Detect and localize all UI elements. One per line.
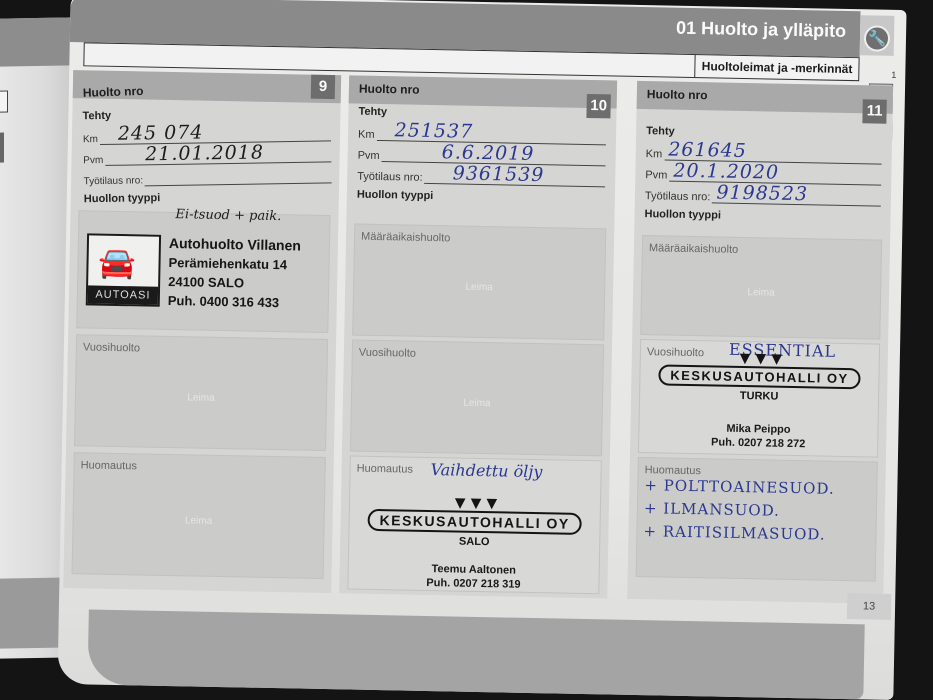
work-order-line: 9361539	[425, 168, 606, 187]
remark-lines: + POLTTOAINESUOD. + ILMANSUOD. + RAITISI…	[643, 474, 835, 547]
work-order-value: 9361539	[453, 162, 545, 186]
scheduled-service-slot: Ei-tsuod + paik. 🚘 AUTOASI Autohuolto Vi…	[76, 210, 330, 333]
remark-note: Vaihdettu öljy	[430, 460, 542, 481]
service-fields: Tehty Km 261645 Pvm 20.1.2020 Työtilaus …	[644, 125, 882, 225]
date-value: 20.1.2020	[673, 160, 779, 184]
work-order-label: Työtilaus nro:	[84, 175, 146, 187]
service-type-label: Huollon tyyppi	[644, 208, 880, 225]
date-label: Pvm	[645, 169, 669, 181]
stamp-phone: Puh. 0400 316 433	[168, 293, 300, 311]
km-value: 261645	[668, 139, 747, 163]
annual-service-slot: Vuosihuolto Leima	[74, 334, 328, 451]
stamp-street: Perämiehenkatu 14	[168, 255, 300, 273]
scheduled-service-slot: Määräaikaishuolto Leima	[640, 235, 882, 340]
subheader-title: Huoltoleimat ja -merkinnät	[695, 55, 859, 80]
work-order-label: Työtilaus nro:	[357, 171, 425, 184]
stamp-city: 24100 SALO	[168, 274, 300, 292]
stamp-city: TURKU	[640, 388, 878, 405]
autoasi-address: Autohuolto Villanen Perämiehenkatu 14 24…	[168, 235, 301, 311]
card-title: Huolto nro	[83, 84, 144, 100]
stamp-city: SALO	[349, 533, 599, 550]
stamp-placeholder: Leima	[642, 285, 880, 301]
autoasi-stamp: 🚘 AUTOASI Autohuolto Villanen Perämiehen…	[86, 233, 301, 310]
remark-label: Huomautus	[357, 463, 413, 476]
card-title: Huolto nro	[647, 87, 708, 102]
annual-label: Vuosihuolto	[83, 341, 140, 354]
scheduled-service-slot: Määräaikaishuolto Leima	[352, 224, 606, 341]
work-order-line: 9198523	[712, 187, 881, 206]
done-label: Tehty	[82, 106, 330, 122]
previous-page-header	[0, 17, 80, 67]
annual-service-slot: Vuosihuolto ESSENTIAL ▼▼▼ KESKUSAUTOHALL…	[638, 339, 880, 458]
stamp-placeholder: Leima	[74, 513, 324, 529]
work-order-label: Työtilaus nro:	[645, 190, 713, 203]
service-fields: Tehty Km 251537 Pvm 6.6.2019 Työtilaus n…	[357, 106, 607, 206]
stamp-placeholder: Leima	[354, 280, 604, 296]
remark-label: Huomautus	[81, 459, 137, 472]
service-number: 9	[311, 75, 335, 99]
card-title: Huolto nro	[359, 82, 420, 97]
work-order-field: Työtilaus nro: 9198523	[645, 181, 881, 207]
type-note: Ei-tsuod + paik.	[175, 207, 281, 224]
work-order-field: Työtilaus nro:	[83, 162, 331, 187]
wrench-icon: 🔧	[864, 25, 890, 51]
remark-slot: Huomautus Leima	[72, 452, 326, 579]
annual-service-slot: Vuosihuolto Leima	[350, 340, 604, 457]
scheduled-label: Määräaikaishuolto	[649, 242, 738, 256]
service-card-10: Huolto nro 10 Tehty Km 251537 Pvm 6.6.20…	[339, 75, 617, 598]
scheduled-label: Määräaikaishuolto	[361, 231, 450, 245]
autoasi-logo: 🚘 AUTOASI	[86, 233, 161, 306]
remark-slot: Huomautus Vaihdettu öljy ▼▼▼ KESKUSAUTOH…	[347, 455, 602, 594]
remark-slot: Huomautus + POLTTOAINESUOD. + ILMANSUOD.…	[636, 457, 878, 582]
side-number: 1	[891, 70, 896, 80]
card-header: Huolto nro 9	[73, 70, 341, 103]
stamp-company: Autohuolto Villanen	[169, 235, 301, 254]
stamp-contact: Mika Peippo Puh. 0207 218 272	[639, 420, 877, 453]
remark-line: + RAITISILMASUOD.	[643, 520, 834, 547]
service-type-label: Huollon tyyppi	[84, 189, 332, 205]
keskusautohalli-stamp: ▼▼▼ KESKUSAUTOHALLI OY SALO	[349, 492, 600, 550]
annual-label: Vuosihuolto	[359, 347, 416, 360]
work-order-value: 9198523	[716, 181, 808, 205]
date-value: 6.6.2019	[442, 141, 535, 165]
stamp-placeholder: Leima	[76, 390, 326, 406]
stamp-company: KESKUSAUTOHALLI OY	[658, 364, 861, 389]
previous-page-card-header	[0, 133, 4, 163]
date-label: Pvm	[358, 150, 382, 162]
card-header: Huolto nro 11	[637, 81, 893, 114]
work-order-field: Työtilaus nro: 9361539	[357, 162, 605, 188]
km-value: 251537	[394, 119, 473, 143]
service-type-label: Huollon tyyppi	[357, 189, 605, 206]
autoasi-brand: AUTOASI	[88, 285, 158, 304]
page-number: 13	[847, 593, 891, 620]
car-icon: 🚘	[98, 246, 136, 282]
km-label: Km	[358, 129, 377, 141]
service-card-11: Huolto nro 11 Tehty Km 261645 Pvm 20.1.2…	[627, 81, 893, 604]
service-booklet-page: 01 Huolto ja ylläpito 🔧 Huoltoleimat ja …	[57, 0, 906, 700]
page-footer-band	[87, 610, 864, 700]
section-title: 01 Huolto ja ylläpito	[676, 18, 846, 42]
stamp-placeholder: Leima	[352, 396, 602, 412]
km-value: 245 074	[118, 121, 204, 144]
date-label: Pvm	[83, 155, 105, 166]
card-header: Huolto nro 10	[349, 75, 617, 108]
section-icon-tab: 🔧	[860, 15, 895, 56]
km-label: Km	[646, 148, 665, 160]
service-fields: Tehty Km 245 074 Pvm 21.01.2018 Työtilau…	[82, 106, 331, 205]
work-order-line	[145, 167, 332, 186]
stamp-contact: Teemu Aaltonen Puh. 0207 218 319	[348, 560, 598, 593]
service-card-9: Huolto nro 9 Tehty Km 245 074 Pvm 21.01.…	[63, 70, 341, 593]
km-label: Km	[83, 134, 100, 145]
date-value: 21.01.2018	[145, 141, 264, 165]
stamp-company: KESKUSAUTOHALLI OY	[367, 509, 581, 535]
service-number: 11	[862, 99, 886, 123]
keskusautohalli-stamp: ▼▼▼ KESKUSAUTOHALLI OY TURKU	[640, 348, 879, 405]
previous-page-subheader-box	[0, 90, 8, 112]
